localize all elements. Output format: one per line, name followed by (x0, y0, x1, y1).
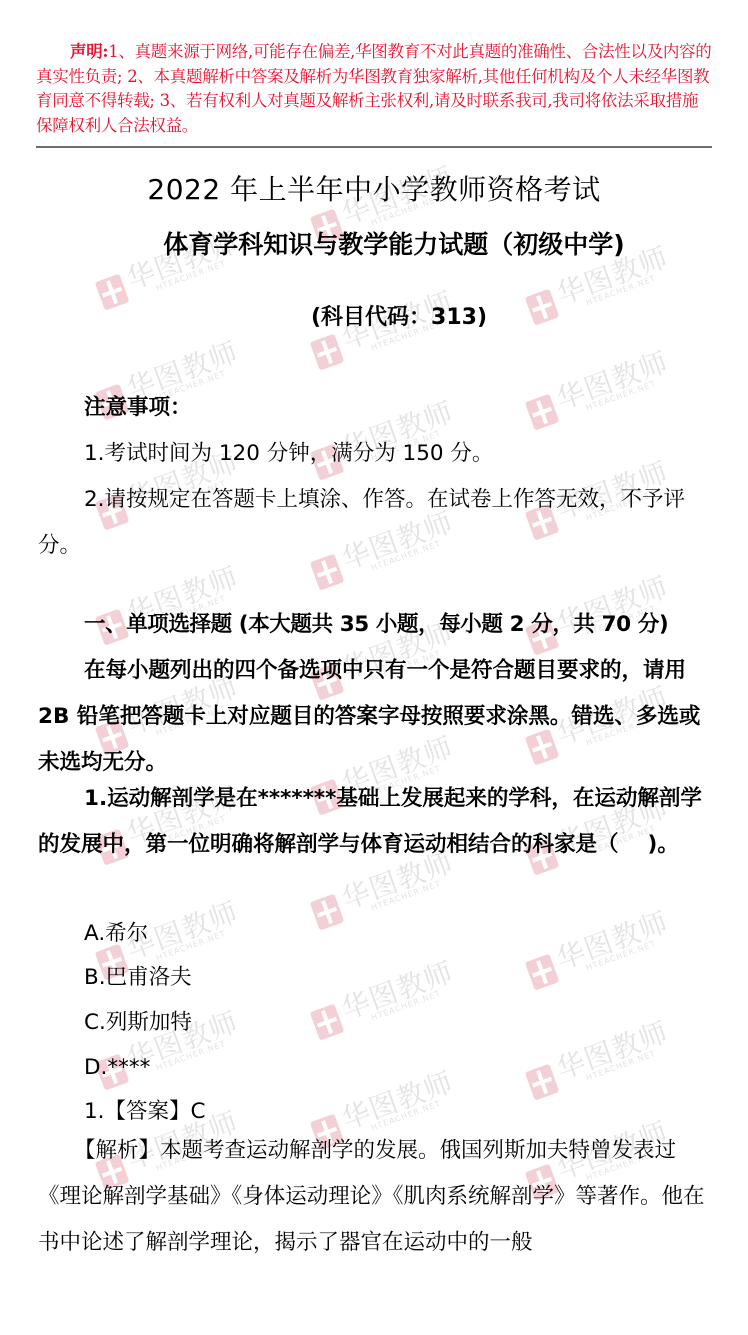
huatu-logo-icon (525, 954, 560, 991)
question-stem: 1.运动解剖学是在*******基础上发展起来的学科，在运动解剖学的发展中，第一… (38, 776, 712, 868)
option-b: B.巴甫洛夫 (84, 963, 192, 993)
option-a: A.希尔 (84, 919, 148, 949)
disclaimer: 声明:1、真题来源于网络,可能存在偏差,华图教育不对此真题的准确性、合法性以及内… (36, 40, 712, 138)
option-d: D.**** (84, 1053, 150, 1083)
notice-heading: 注意事项： (38, 385, 712, 431)
exam-subtitle: 体育学科知识与教学能力试题（初级中学) (0, 225, 748, 261)
huatu-logo-icon (310, 334, 345, 371)
notice-item: 1.考试时间为 120 分钟，满分为 150 分。 (38, 431, 712, 477)
huatu-logo-icon (525, 1064, 560, 1101)
notice-item: 2.请按规定在答题卡上填涂、作答。在试卷上作答无效，不予评分。 (38, 477, 712, 569)
subject-code: (科目代码：313) (0, 300, 748, 331)
section-instructions: 在每小题列出的四个备选项中只有一个是符合题目要求的，请用 2B 铅笔把答题卡上对… (38, 648, 712, 786)
watermark: 华图教师HTEACHER.NET (519, 896, 680, 1004)
huatu-logo-icon (310, 894, 345, 931)
huatu-logo-icon (310, 1004, 345, 1041)
exam-title: 2022 年上半年中小学教师资格考试 (0, 168, 748, 208)
option-c: C.列斯加特 (84, 1008, 192, 1038)
analysis: 【解析】本题考查运动解剖学的发展。俄国列斯加夫特曾发表过《理论解剖学基础》《身体… (38, 1128, 712, 1266)
watermark: 华图教师HTEACHER.NET (519, 1006, 680, 1114)
answer: 1.【答案】C (84, 1097, 206, 1127)
section-heading: 一、单项选择题 (本大题共 35 小题，每小题 2 分，共 70 分) (38, 602, 712, 648)
watermark: 华图教师HTEACHER.NET (304, 946, 465, 1054)
divider (36, 146, 712, 148)
disclaimer-text: 1、真题来源于网络,可能存在偏差,华图教育不对此真题的准确性、合法性以及内容的真… (36, 42, 712, 135)
disclaimer-lead: 声明: (70, 42, 108, 61)
